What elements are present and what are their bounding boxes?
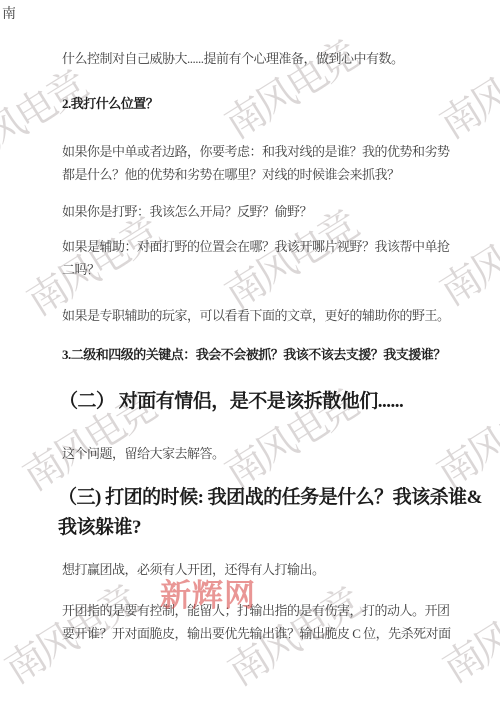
- subheading-what-position: 2.我打什么位置？: [62, 92, 158, 115]
- paragraph-leave-to-readers: 这个问题，留给大家去解答。: [62, 442, 225, 465]
- paragraph-jungler: 如果你是打野：我该怎么开局？反野？偷野？: [62, 200, 312, 223]
- paragraph-engage-and-damage: 开团指的是要有控制，能留人；打输出指的是有伤害，打的动人。开团 要开谁？开对面脆…: [62, 599, 451, 645]
- paragraph-mental-preparation: 什么控制对自己威胁大......提前有个心理准备，做到心中有数。: [62, 47, 404, 70]
- subheading-level-2-and-4: 3.二级和四级的关键点：我会不会被抓？我该不该去支援？我支援谁？: [62, 343, 446, 366]
- article-page: 南风电竞南风电竞南风电竞南风电竞南风电竞南风电竞南风电竞南风电竞南风电竞南风电竞…: [0, 0, 500, 708]
- paragraph-support-player: 如果是专职辅助的玩家，可以看看下面的文章，更好的辅助你的野王。: [62, 304, 450, 327]
- paragraph-mid-or-side-lane: 如果你是中单或者边路，你要考虑：和我对线的是谁？我的优势和劣势 都是什么？他的优…: [62, 140, 450, 186]
- xinhui-logo-watermark: 新辉网: [160, 570, 256, 615]
- section-heading-teamfight: （三) 打团的时候: 我团战的任务是什么？我该杀谁& 我该躲谁?: [58, 483, 482, 543]
- paragraph-support: 如果是辅助：对面打野的位置会在哪？我该开哪片视野？我该帮中单抢 二吗？: [62, 235, 450, 281]
- section-heading-couple: （二） 对面有情侣，是不是该拆散他们......: [59, 387, 403, 417]
